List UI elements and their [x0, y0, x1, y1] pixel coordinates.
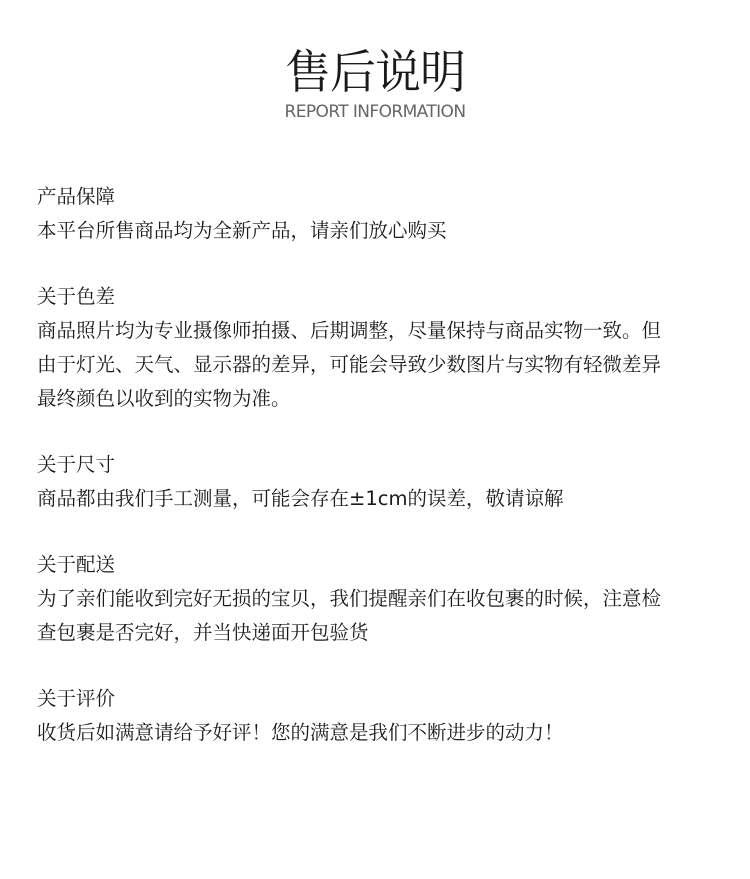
section-text: 收货后如满意请给予好评！您的满意是我们不断进步的动力！ [37, 716, 727, 750]
section-product-guarantee: 产品保障 本平台所售商品均为全新产品，请亲们放心购买 [37, 180, 727, 248]
section-delivery: 关于配送 为了亲们能收到完好无损的宝贝，我们提醒亲们在收包裹的时候，注意检 查包… [37, 548, 727, 650]
section-text: 由于灯光、天气、显示器的差异，可能会导致少数图片与实物有轻微差异 [37, 348, 727, 382]
section-text: 商品都由我们手工测量，可能会存在±1cm的误差，敬请谅解 [37, 482, 727, 516]
section-size: 关于尺寸 商品都由我们手工测量，可能会存在±1cm的误差，敬请谅解 [37, 448, 727, 516]
section-text: 为了亲们能收到完好无损的宝贝，我们提醒亲们在收包裹的时候，注意检 [37, 582, 727, 616]
section-text: 商品照片均为专业摄像师拍摄、后期调整，尽量保持与商品实物一致。但 [37, 314, 727, 348]
section-text: 最终颜色以收到的实物为准。 [37, 382, 727, 416]
section-text: 本平台所售商品均为全新产品，请亲们放心购买 [37, 214, 727, 248]
after-sales-content: 产品保障 本平台所售商品均为全新产品，请亲们放心购买 关于色差 商品照片均为专业… [37, 180, 727, 782]
page-title: 售后说明 [0, 44, 750, 100]
section-heading: 关于配送 [37, 548, 727, 582]
section-heading: 关于尺寸 [37, 448, 727, 482]
section-review: 关于评价 收货后如满意请给予好评！您的满意是我们不断进步的动力！ [37, 682, 727, 750]
section-heading: 关于色差 [37, 280, 727, 314]
page-subtitle: REPORT INFORMATION [0, 102, 750, 122]
page-header: 售后说明 REPORT INFORMATION [0, 44, 750, 122]
section-heading: 关于评价 [37, 682, 727, 716]
section-color-difference: 关于色差 商品照片均为专业摄像师拍摄、后期调整，尽量保持与商品实物一致。但 由于… [37, 280, 727, 416]
section-text: 查包裹是否完好，并当快递面开包验货 [37, 616, 727, 650]
section-heading: 产品保障 [37, 180, 727, 214]
